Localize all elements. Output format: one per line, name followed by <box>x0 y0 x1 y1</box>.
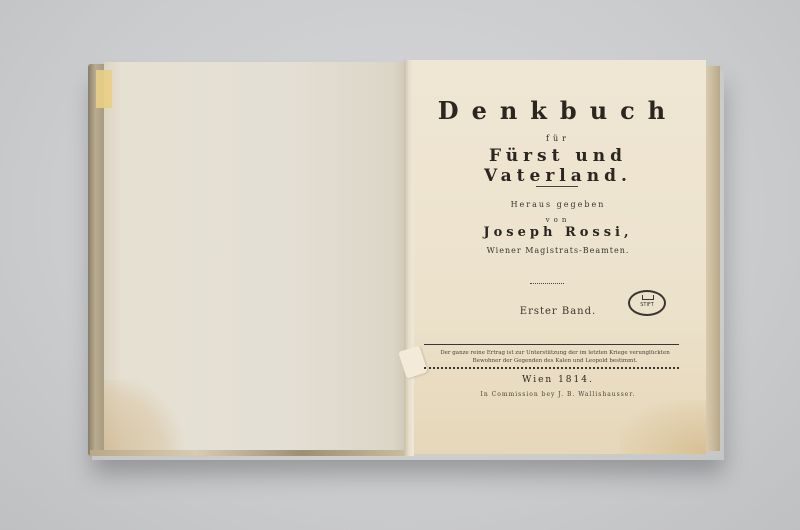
water-stain-right <box>620 400 706 454</box>
water-stain-left <box>104 380 184 454</box>
page-bottom-edge <box>90 450 408 456</box>
place-and-date: Wien 1814. <box>410 375 706 385</box>
divider-rule-dotted <box>530 283 564 286</box>
editor-label: Heraus gegeben <box>410 200 706 209</box>
author-name: Joseph Rossi, <box>410 225 706 240</box>
crown-icon <box>642 295 654 300</box>
shelf-label <box>96 70 112 108</box>
book-title: Denkbuch <box>410 96 706 125</box>
volume-label: Erster Band. <box>410 306 706 317</box>
book-subtitle: Fürst und Vaterland. <box>410 146 706 186</box>
editor-connector: von <box>410 216 706 224</box>
author-role: Wiener Magistrats-Beamten. <box>410 246 706 255</box>
dedication-note: Der ganze reine Ertrag ist zur Unterstüt… <box>428 349 682 365</box>
publisher-imprint: In Commission bey J. B. Wallishausser. <box>410 391 706 398</box>
note-top-rule <box>424 344 679 345</box>
divider-rule <box>536 186 578 187</box>
open-book: Denkbuch für Fürst und Vaterland. Heraus… <box>0 0 800 530</box>
note-bottom-rule <box>424 367 679 371</box>
title-connector: für <box>410 134 706 143</box>
